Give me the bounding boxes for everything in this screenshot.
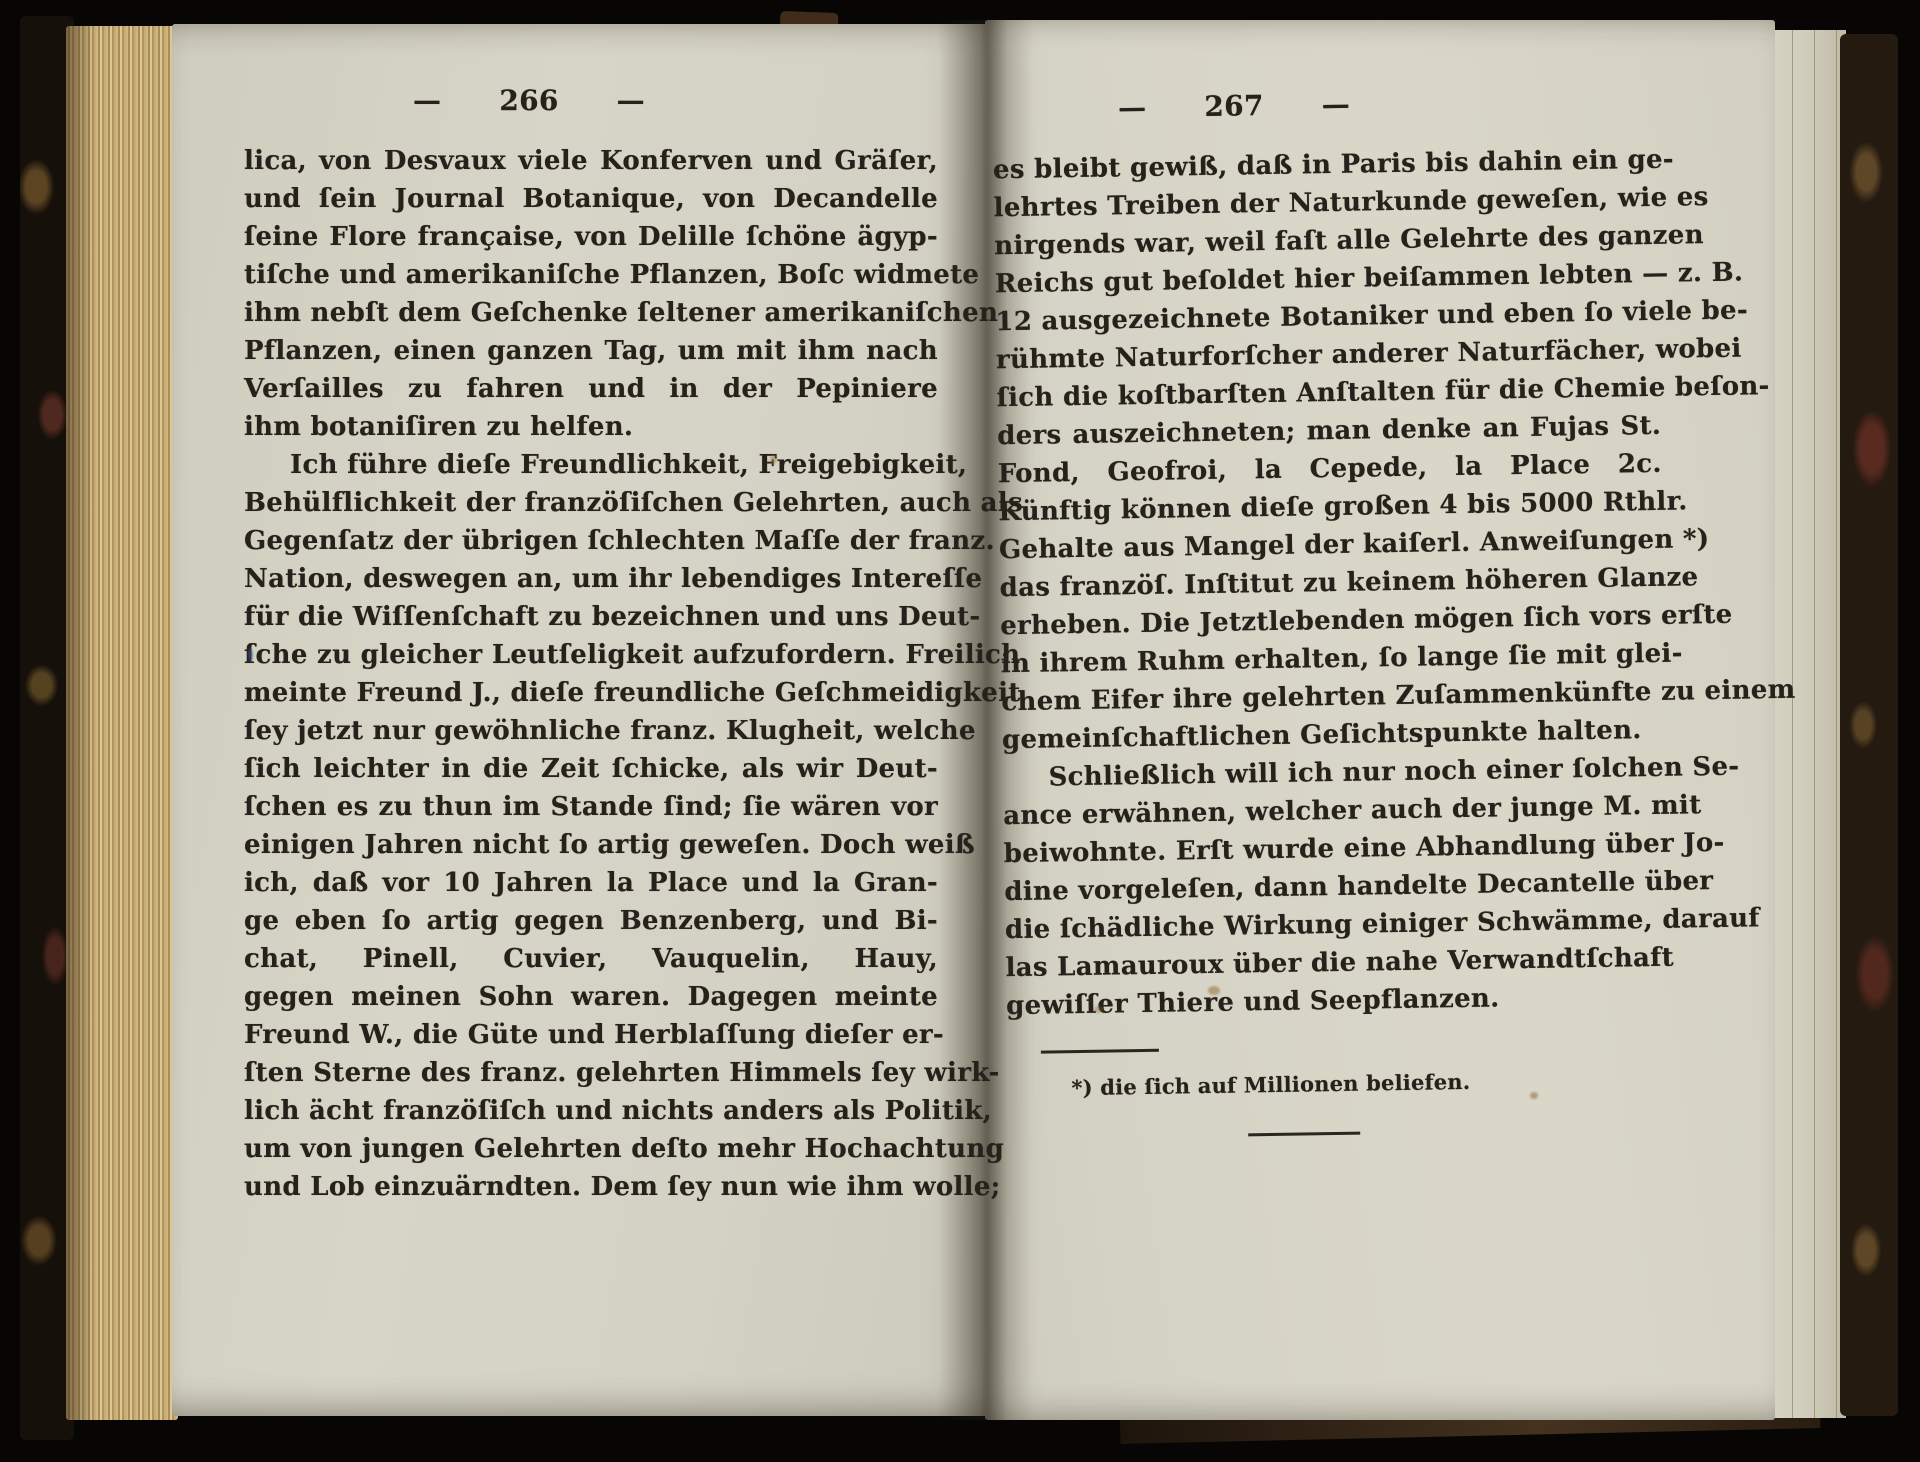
text-line: lica, von Desvaux viele Konferven und Gr… — [244, 142, 938, 180]
text-line: Freund W., die Güte und Herblaſſung dieſ… — [244, 1016, 938, 1054]
text-line: meinte Freund J., dieſe freundliche Geſc… — [244, 674, 938, 712]
text-line: ihm nebſt dem Geſchenke ſeltener amerika… — [244, 294, 938, 332]
text-line: einigen Jahren nicht ſo artig geweſen. D… — [244, 826, 938, 864]
text-line: und ſein Journal Botanique, von Decandel… — [244, 180, 938, 218]
header-dash: — — [1118, 90, 1147, 123]
footnote-rule — [1041, 1049, 1159, 1054]
text-line: tiſche und amerikaniſche Pflanzen, Boſc … — [244, 256, 938, 294]
text-line: ſeine Flore française, von Delille ſchön… — [244, 218, 938, 256]
text-line: um von jungen Gelehrten deſto mehr Hocha… — [244, 1130, 938, 1168]
text-line: lich ächt franzöſiſch und nichts anders … — [244, 1092, 938, 1130]
header-dash: — — [617, 84, 645, 117]
right-page-number: 267 — [1204, 89, 1264, 123]
header-dash: — — [413, 84, 441, 117]
text-line: ſten Sterne des franz. gelehrten Himmels… — [244, 1054, 938, 1092]
open-book-photo: — 266 — lica, von Desvaux viele Konferve… — [0, 0, 1920, 1462]
right-page-text-column: — 267 — es bleibt gewiß, daß in Paris bi… — [992, 81, 1672, 1140]
text-line: Pflanzen, einen ganzen Tag, um mit ihm n… — [244, 332, 938, 370]
text-line: Nation, deswegen an, um ihr lebendiges I… — [244, 560, 938, 598]
text-line: für die Wiſſenſchaft zu bezeichnen und u… — [244, 598, 938, 636]
header-dash: — — [1321, 87, 1350, 120]
left-page-header: — 266 — — [182, 82, 876, 118]
text-line: ihm botaniſiren zu helfen. — [244, 408, 938, 446]
text-line: Verſailles zu fahren und in der Pepinier… — [244, 370, 938, 408]
text-line: chat, Pinell, Cuvier, Vauquelin, Hauy, — [244, 940, 938, 978]
text-line: Gegenſatz der übrigen ſchlechten Maſſe d… — [244, 522, 938, 560]
text-line: ſchen es zu thun im Stande ſind; ſie wär… — [244, 788, 938, 826]
right-page-body-text: es bleibt gewiß, daß in Paris bis dahin … — [993, 141, 1671, 1025]
right-marbled-cover — [1840, 34, 1898, 1416]
text-line: und Lob einzuärndten. Dem ſey nun wie ih… — [244, 1168, 938, 1206]
left-page-body-text: lica, von Desvaux viele Konferven und Gr… — [244, 142, 938, 1206]
text-line: ſche zu gleicher Leutſeligkeit aufzuford… — [244, 636, 938, 674]
text-line: Ich führe dieſe Freundlichkeit, Freigebi… — [244, 446, 938, 484]
text-line: ſey jetzt nur gewöhnliche franz. Klughei… — [244, 712, 938, 750]
text-line: Behülflichkeit der franzöſiſchen Gelehrt… — [244, 484, 938, 522]
text-line: ich, daß vor 10 Jahren la Place und la G… — [244, 864, 938, 902]
text-line: gegen meinen Sohn waren. Dagegen meinte — [244, 978, 938, 1016]
left-page-number: 266 — [499, 84, 558, 117]
footnote-text: *) die ſich auf Millionen beliefen. — [1071, 1066, 1671, 1100]
text-line: ge eben ſo artig gegen Benzenberg, und B… — [244, 902, 938, 940]
text-line: ſich leichter in die Zeit ſchicke, als w… — [244, 750, 938, 788]
left-page-text-column: — 266 — lica, von Desvaux viele Konferve… — [244, 82, 938, 1206]
left-page-fore-edge — [66, 26, 178, 1420]
